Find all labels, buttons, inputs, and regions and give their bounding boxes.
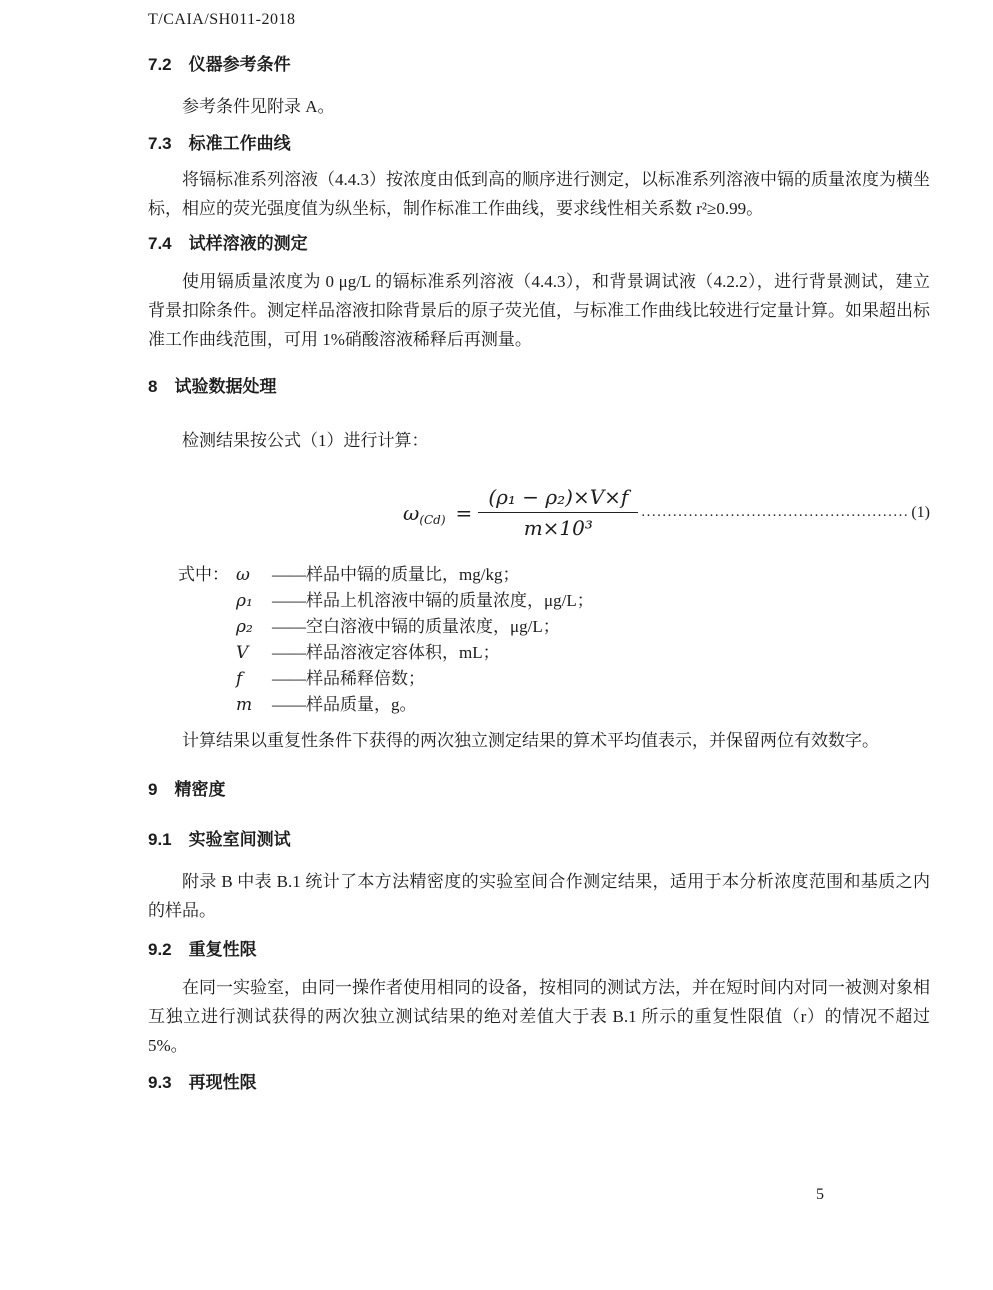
section-title: 试样溶液的测定 xyxy=(189,234,308,253)
section-heading-7-2: 7.2仪器参考条件 xyxy=(148,54,930,76)
section-number: 9 xyxy=(148,779,157,801)
definition-text: 样品稀释倍数； xyxy=(306,666,425,692)
section-number: 8 xyxy=(148,376,157,398)
fraction-numerator: (ρ₁ − ρ₂)×V×f xyxy=(478,485,638,513)
section-heading-9-3: 9.3再现性限 xyxy=(148,1072,930,1094)
section-number: 9.3 xyxy=(148,1072,172,1094)
dot-leader: ........................................… xyxy=(641,504,908,521)
section-heading-9-1: 9.1实验室间测试 xyxy=(148,829,930,851)
section-heading-7-3: 7.3标准工作曲线 xyxy=(148,133,930,155)
paragraph-7-3: 将镉标准系列溶液（4.4.3）按浓度由低到高的顺序进行测定，以标准系列溶液中镉的… xyxy=(148,165,930,223)
formula-intro: 检测结果按公式（1）进行计算： xyxy=(148,426,930,455)
paragraph-7-2: 参考条件见附录 A。 xyxy=(148,92,930,121)
section-heading-8: 8试验数据处理 xyxy=(148,376,930,398)
symbol: ρ₂ xyxy=(236,614,272,640)
fraction: (ρ₁ − ρ₂)×V×f m×10³ xyxy=(478,485,638,540)
symbol: V xyxy=(236,640,272,666)
symbol: f xyxy=(236,666,272,692)
section-heading-7-4: 7.4试样溶液的测定 xyxy=(148,233,930,255)
definition-text: 样品溶液定容体积，mL； xyxy=(306,640,500,666)
symbol: ω xyxy=(236,562,272,588)
paragraph-9-1: 附录 B 中表 B.1 统计了本方法精密度的实验室间合作测定结果，适用于本分析浓… xyxy=(148,867,930,925)
dash: —— xyxy=(272,614,306,640)
equation-body: ω(Cd)= (ρ₁ − ρ₂)×V×f m×10³ xyxy=(403,485,638,540)
definition-row: V —— 样品溶液定容体积，mL； xyxy=(178,640,930,666)
symbol: ρ₁ xyxy=(236,588,272,614)
definition-row: ρ₁ —— 样品上机溶液中镉的质量浓度，μg/L； xyxy=(178,588,930,614)
dash: —— xyxy=(272,562,306,588)
section-heading-9-2: 9.2重复性限 xyxy=(148,939,930,961)
dash: —— xyxy=(272,588,306,614)
definition-row: 式中： ω —— 样品中镉的质量比，mg/kg； xyxy=(178,562,930,588)
section-title: 仪器参考条件 xyxy=(189,55,291,74)
omega-subscript: (Cd) xyxy=(419,513,445,527)
definition-text: 样品上机溶液中镉的质量浓度，μg/L； xyxy=(306,588,594,614)
section-number: 7.2 xyxy=(148,54,172,76)
dash: —— xyxy=(272,692,306,718)
section-number: 7.3 xyxy=(148,133,172,155)
definition-text: 样品质量，g。 xyxy=(306,692,417,718)
definition-row: ρ₂ —— 空白溶液中镉的质量浓度，μg/L； xyxy=(178,614,930,640)
paragraph-8-closing: 计算结果以重复性条件下获得的两次独立测定结果的算术平均值表示，并保留两位有效数字… xyxy=(148,726,930,755)
equation-number: (1) xyxy=(911,504,930,522)
formula-definitions: 式中： ω —— 样品中镉的质量比，mg/kg； ρ₁ —— 样品上机溶液中镉的… xyxy=(148,562,930,718)
definition-text: 样品中镉的质量比，mg/kg； xyxy=(306,562,519,588)
omega-symbol: ω xyxy=(403,501,419,525)
section-number: 7.4 xyxy=(148,233,172,255)
definition-text: 空白溶液中镉的质量浓度，μg/L； xyxy=(306,614,560,640)
equals-sign: = xyxy=(456,501,473,525)
section-number: 9.1 xyxy=(148,829,172,851)
definition-row: m —— 样品质量，g。 xyxy=(178,692,930,718)
section-number: 9.2 xyxy=(148,939,172,961)
section-title: 试验数据处理 xyxy=(174,377,276,396)
equation-1: ω(Cd)= (ρ₁ − ρ₂)×V×f m×10³ .............… xyxy=(148,485,930,540)
paragraph-7-4: 使用镉质量浓度为 0 μg/L 的镉标准系列溶液（4.4.3），和背景调试液（4… xyxy=(148,267,930,354)
fraction-denominator: m×10³ xyxy=(524,513,593,540)
standard-code-header: T/CAIA/SH011-2018 xyxy=(148,0,930,30)
where-label: 式中： xyxy=(178,562,236,588)
symbol: m xyxy=(236,692,272,718)
section-title: 实验室间测试 xyxy=(189,830,291,849)
definition-row: f —— 样品稀释倍数； xyxy=(178,666,930,692)
dash: —— xyxy=(272,666,306,692)
document-page: T/CAIA/SH011-2018 7.2仪器参考条件 参考条件见附录 A。 7… xyxy=(0,0,993,1290)
section-title: 重复性限 xyxy=(189,940,257,959)
section-title: 再现性限 xyxy=(189,1073,257,1092)
paragraph-9-2: 在同一实验室，由同一操作者使用相同的设备，按相同的测试方法，并在短时间内对同一被… xyxy=(148,973,930,1060)
section-heading-9: 9精密度 xyxy=(148,779,930,801)
section-title: 标准工作曲线 xyxy=(189,134,291,153)
section-title: 精密度 xyxy=(174,780,225,799)
page-content: T/CAIA/SH011-2018 7.2仪器参考条件 参考条件见附录 A。 7… xyxy=(148,0,930,1094)
page-number: 5 xyxy=(816,1186,824,1204)
dash: —— xyxy=(272,640,306,666)
